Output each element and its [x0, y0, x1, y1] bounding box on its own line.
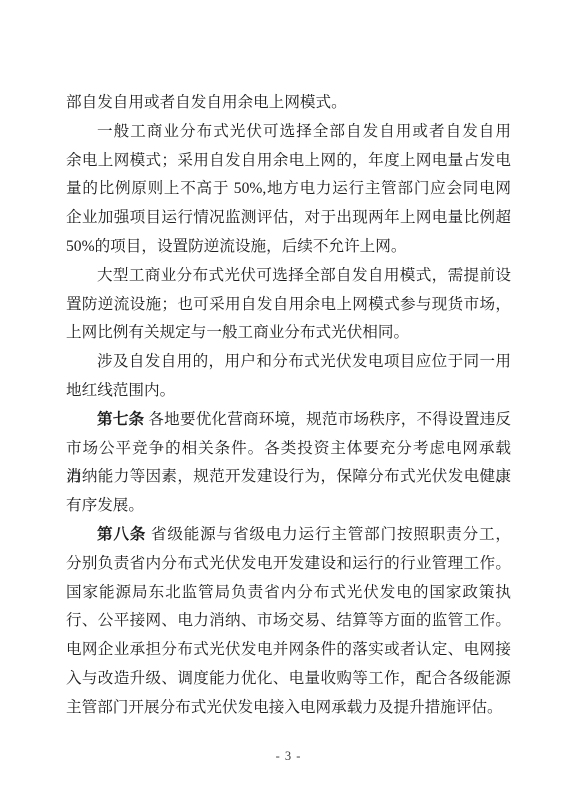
- text-line: 国家能源局东北监管局负责省内分布式光伏发电的国家政策执: [66, 579, 511, 608]
- text-line: 50%的项目，设置防逆流设施，后续不允许上网。: [66, 233, 511, 262]
- text-line: 第八条 省级能源与省级电力运行主管部门按照职责分工，: [66, 521, 511, 550]
- text-line: 企业加强项目运行情况监测评估，对于出现两年上网电量比例超: [66, 204, 511, 233]
- text-line: 地红线范围内。: [66, 377, 511, 406]
- text-line: 有序发展。: [66, 492, 511, 521]
- document-page: 部自发自用或者自发自用余电上网模式。一般工商业分布式光伏可选择全部自发自用或者自…: [0, 0, 577, 811]
- text-line: 置防逆流设施；也可采用自发自用余电上网模式参与现货市场，: [66, 291, 511, 320]
- text-line: 上网比例有关规定与一般工商业分布式光伏相同。: [66, 319, 511, 348]
- text-line: 市场公平竞争的相关条件。各类投资主体要充分考虑电网承载力、: [66, 435, 511, 464]
- text-line: 行、公平接网、电力消纳、市场交易、结算等方面的监管工作。: [66, 607, 511, 636]
- text-line: 主管部门开展分布式光伏发电接入电网承载力及提升措施评估。: [66, 694, 511, 723]
- text-line: 余电上网模式；采用自发自用余电上网的，年度上网电量占发电: [66, 147, 511, 176]
- page-number: - 3 -: [0, 749, 577, 764]
- text-line: 量的比例原则上不高于 50%,地方电力运行主管部门应会同电网: [66, 175, 511, 204]
- text-line: 大型工商业分布式光伏可选择全部自发自用模式，需提前设: [66, 262, 511, 291]
- text-line: 电网企业承担分布式光伏发电并网条件的落实或者认定、电网接: [66, 636, 511, 665]
- text-line: 一般工商业分布式光伏可选择全部自发自用或者自发自用: [66, 118, 511, 147]
- text-line: 消纳能力等因素，规范开发建设行为，保障分布式光伏发电健康: [66, 463, 511, 492]
- document-body: 部自发自用或者自发自用余电上网模式。一般工商业分布式光伏可选择全部自发自用或者自…: [66, 89, 511, 723]
- clause-heading: 第七条: [97, 411, 144, 428]
- text-line: 入与改造升级、调度能力优化、电量收购等工作，配合各级能源: [66, 665, 511, 694]
- text-line: 部自发自用或者自发自用余电上网模式。: [66, 89, 511, 118]
- text-line: 分别负责省内分布式光伏发电开发建设和运行的行业管理工作。: [66, 550, 511, 579]
- text-line: 第七条 各地要优化营商环境，规范市场秩序，不得设置违反: [66, 406, 511, 435]
- text-line: 涉及自发自用的，用户和分布式光伏发电项目应位于同一用: [66, 348, 511, 377]
- clause-heading: 第八条: [97, 526, 146, 543]
